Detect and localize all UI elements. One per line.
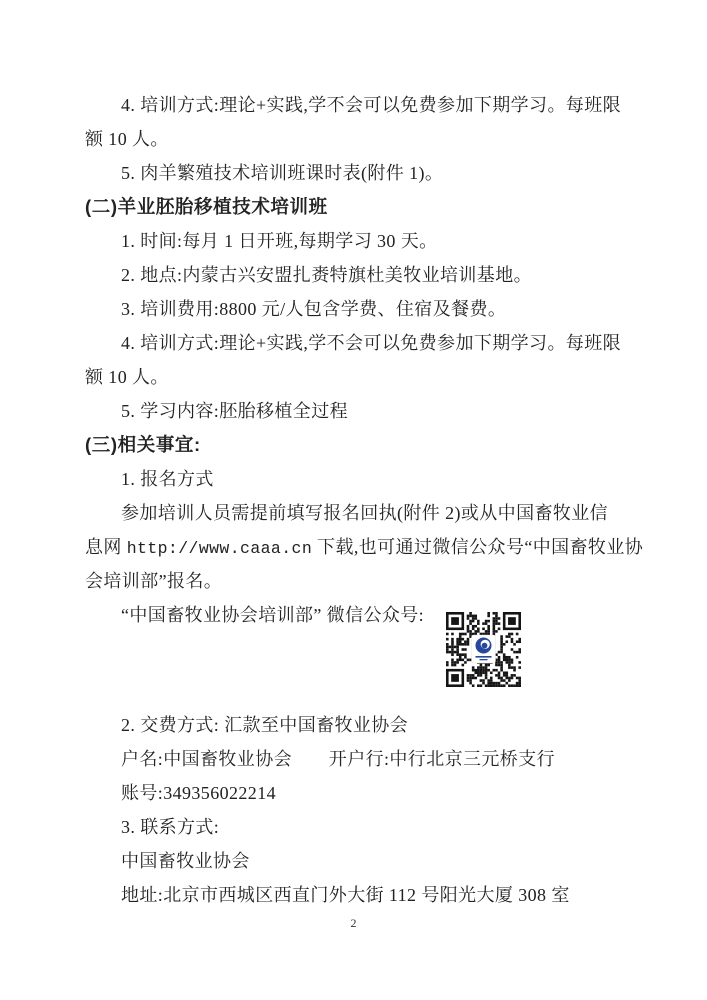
doc-line: 地址:北京市西城区西直门外大街 112 号阳光大厦 308 室 [85,878,652,912]
doc-line: 额 10 人。 [85,122,652,156]
doc-line: 账号:349356022214 [85,776,652,810]
doc-line: 4. 培训方式:理论+实践,学不会可以免费参加下期学习。每班限 [85,326,652,360]
doc-line-with-url: 息网 http://www.caaa.cn 下载,也可通过微信公众号“中国畜牧业… [85,530,652,564]
doc-line: 1. 时间:每月 1 日开班,每期学习 30 天。 [85,224,652,258]
doc-line: 会培训部”报名。 [85,564,652,598]
doc-line: 额 10 人。 [85,360,652,394]
doc-line: 5. 肉羊繁殖技术培训班课时表(附件 1)。 [85,156,652,190]
doc-line: 5. 学习内容:胚胎移植全过程 [85,394,652,428]
doc-line: 1. 报名方式 [85,462,652,496]
doc-line: 4. 培训方式:理论+实践,学不会可以免费参加下期学习。每班限 [85,88,652,122]
doc-text: 下载,也可通过微信公众号“中国畜牧业协 [312,537,643,557]
page-footer: 2 [0,912,707,934]
doc-text: 息网 [85,537,127,557]
wechat-qr-code [446,612,521,687]
document-body: 4. 培训方式:理论+实践,学不会可以免费参加下期学习。每班限 额 10 人。 … [0,0,707,912]
doc-line: 参加培训人员需提前填写报名回执(附件 2)或从中国畜牧业信 [85,496,652,530]
doc-line: 3. 培训费用:8800 元/人包含学费、住宿及餐费。 [85,292,652,326]
doc-line: 2. 地点:内蒙古兴安盟扎赉特旗杜美牧业培训基地。 [85,258,652,292]
website-url: http://www.caaa.cn [127,539,312,558]
doc-line: 3. 联系方式: [85,810,652,844]
section-heading-2: (二)羊业胚胎移植技术培训班 [85,190,652,224]
doc-line: 2. 交费方式: 汇款至中国畜牧业协会 [85,708,652,742]
qr-code-row: “中国畜牧业协会培训部” 微信公众号: [85,598,652,687]
doc-line: 户名:中国畜牧业协会 开户行:中行北京三元桥支行 [85,742,652,776]
qr-caption: “中国畜牧业协会培训部” 微信公众号: [85,598,424,632]
page-number: 2 [351,916,357,930]
document-page: 4. 培训方式:理论+实践,学不会可以免费参加下期学习。每班限 额 10 人。 … [0,0,707,1000]
doc-line: 中国畜牧业协会 [85,844,652,878]
section-heading-3: (三)相关事宜: [85,428,652,462]
